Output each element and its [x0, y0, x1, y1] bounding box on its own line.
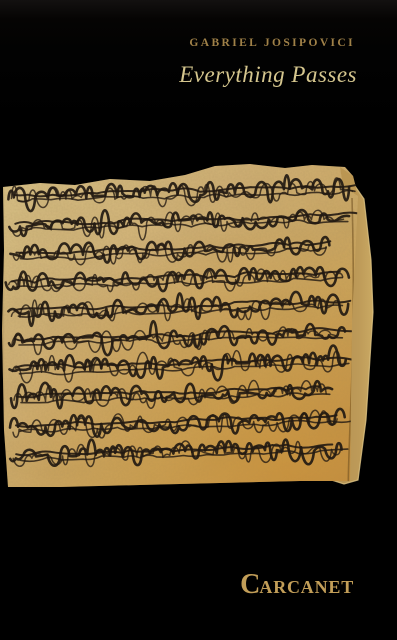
publisher-logo-rest: ARCANET [259, 577, 354, 597]
book-cover: GABRIEL JOSIPOVICI Everything Passes [0, 0, 397, 640]
manuscript-photo [0, 0, 397, 640]
publisher-logo-initial: C [240, 569, 260, 600]
publisher-logo: CARCANET [240, 571, 354, 603]
